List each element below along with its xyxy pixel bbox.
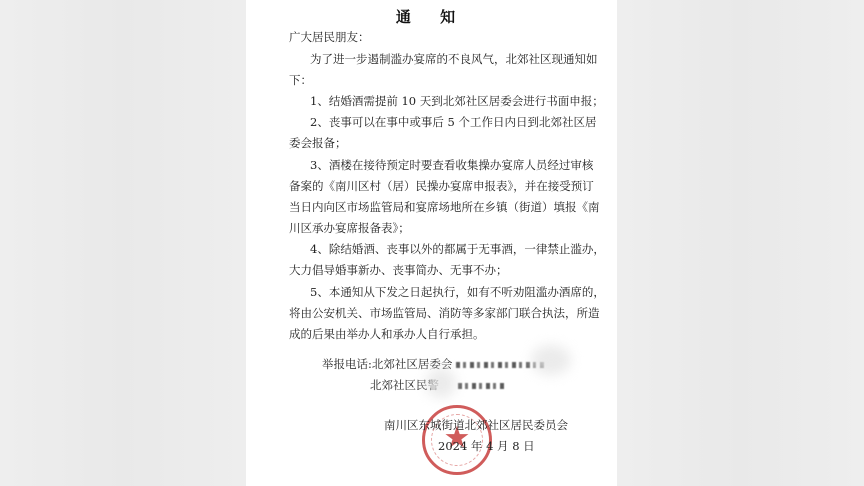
background-right-panel — [617, 0, 864, 486]
document-title: 通 知 — [246, 6, 617, 27]
item-2-line-1: 2、丧事可以在事中或事后 5 个工作日内日到北郊社区居 — [310, 115, 596, 129]
background-left-panel — [0, 0, 246, 486]
item-4-line-1: 4、除结婚酒、丧事以外的都属于无事酒，一律禁止滥办， — [310, 242, 605, 256]
item-2-line-2: 委会报备； — [289, 136, 347, 150]
item-4-line-2: 大力倡导婚事新办、丧事简办、无事不办； — [289, 263, 508, 277]
signature-organization: 南川区东城街道北郊社区居民委员会 — [384, 418, 568, 432]
redacted-phone-2 — [458, 383, 504, 389]
item-5-line-3: 成的后果由举办人和承办人自行承担。 — [289, 327, 485, 341]
blur-smudge — [426, 368, 456, 398]
item-3-line-4: 川区承办宴席报备表》； — [289, 221, 410, 235]
intro-line-1: 为了进一步遏制滥办宴席的不良风气，北郊社区现通知如 — [310, 52, 598, 66]
signature-date: 2024 年 4 月 8 日 — [438, 439, 535, 453]
item-1-line-1: 1、结婚酒需提前 10 天到北郊社区居委会进行书面申报； — [310, 94, 604, 108]
salutation: 广大居民朋友： — [289, 30, 370, 44]
blur-smudge — [531, 345, 571, 375]
item-5-line-1: 5、本通知从下发之日起执行，如有不听劝阻滥办酒席的， — [310, 285, 605, 299]
item-5-line-2: 将由公安机关、市场监管局、消防等多家部门联合执法，所造 — [289, 306, 600, 320]
item-3-line-1: 3、酒楼在接待预定时要查看收集操办宴席人员经过审核 — [310, 158, 593, 172]
intro-line-2: 下： — [289, 73, 312, 87]
item-3-line-3: 当日内向区市场监管局和宴席场地所在乡镇（街道）填报《南 — [289, 200, 600, 214]
notice-document: 通 知 广大居民朋友： 为了进一步遏制滥办宴席的不良风气，北郊社区现通知如 下：… — [246, 0, 617, 486]
item-3-line-2: 备案的《南川区村（居）民操办宴席申报表》，并在接受预订 — [289, 179, 594, 193]
